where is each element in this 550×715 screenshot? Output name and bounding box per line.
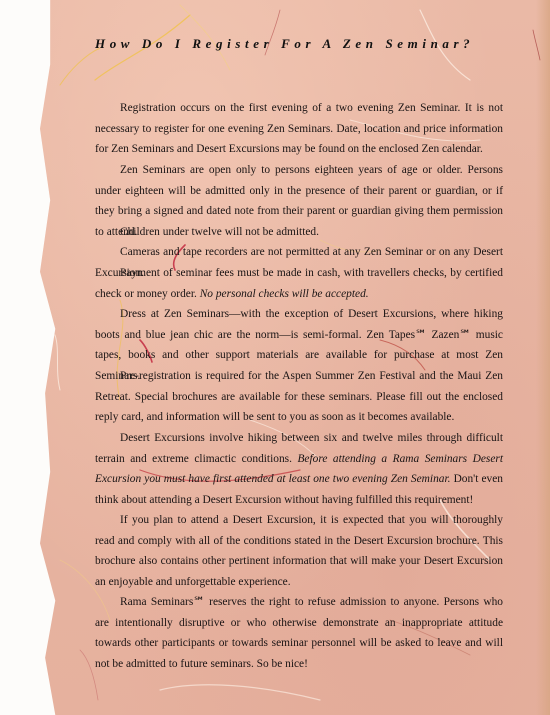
paragraph-registration: Registration occurs on the first evening…	[95, 98, 503, 160]
paper-right-edge	[536, 0, 550, 715]
payment-emphasis: No personal checks will be accepted.	[200, 288, 369, 300]
paragraph-desert: Desert Excursions involve hiking between…	[95, 428, 503, 510]
paragraph-preregistration: Pre-registration is required for the Asp…	[95, 366, 503, 428]
paragraph-payment: Payment of seminar fees must be made in …	[95, 263, 503, 304]
paragraph-admission: Rama Seminars℠ reserves the right to ref…	[95, 592, 503, 674]
paragraph-children: Children under twelve will not be admitt…	[95, 222, 503, 243]
paragraph-brochure: If you plan to attend a Desert Excursion…	[95, 510, 503, 592]
page-title: How Do I Register For A Zen Seminar?	[95, 36, 515, 52]
